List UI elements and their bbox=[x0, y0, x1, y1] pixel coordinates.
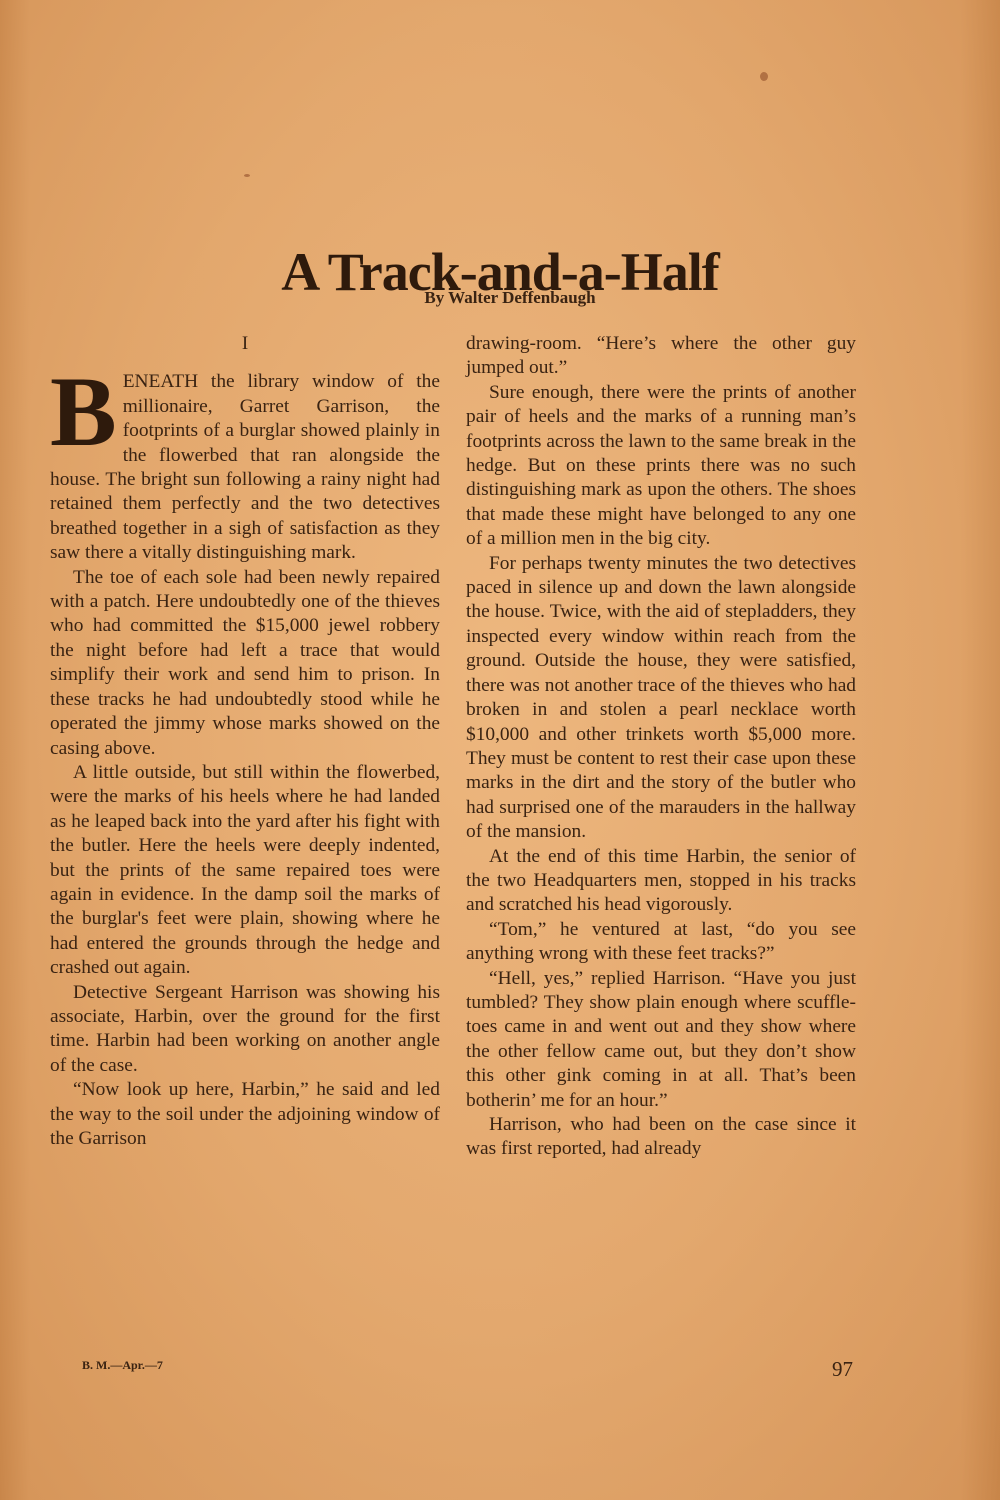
paragraph: Detective Sergeant Harrison was showing … bbox=[50, 981, 440, 1079]
paragraph: “Tom,” he ventured at last, “do you see … bbox=[466, 918, 856, 967]
paragraph: Sure enough, there were the prints of an… bbox=[466, 381, 856, 552]
signature-mark: B. M.—Apr.—7 bbox=[82, 1358, 163, 1373]
paper-stain bbox=[760, 72, 768, 81]
paragraph: At the end of this time Harbin, the seni… bbox=[466, 845, 856, 918]
paragraph: “Now look up here, Harbin,” he said and … bbox=[50, 1078, 440, 1151]
paragraph: Harrison, who had been on the case since… bbox=[466, 1113, 856, 1162]
magazine-page: A Track-and-a-Half By Walter Deffenbaugh… bbox=[0, 0, 1000, 1500]
paragraph: For perhaps twenty minutes the two detec… bbox=[466, 552, 856, 845]
drop-cap: B bbox=[50, 373, 117, 451]
page-number: 97 bbox=[832, 1357, 853, 1382]
section-number: I bbox=[50, 332, 440, 356]
paper-stain bbox=[244, 174, 250, 177]
paragraph: A little outside, but still within the f… bbox=[50, 761, 440, 981]
right-column: drawing-room. “Here’s where the other gu… bbox=[466, 332, 856, 1162]
paragraph: “Hell, yes,” replied Harrison. “Have you… bbox=[466, 967, 856, 1113]
lead-paragraph: BENEATH the library window of the millio… bbox=[50, 370, 440, 565]
paragraph: The toe of each sole had been newly repa… bbox=[50, 566, 440, 761]
article-byline: By Walter Deffenbaugh bbox=[0, 288, 1000, 308]
left-column: I BENEATH the library window of the mill… bbox=[50, 332, 440, 1151]
continuation-paragraph: drawing-room. “Here’s where the other gu… bbox=[466, 332, 856, 381]
